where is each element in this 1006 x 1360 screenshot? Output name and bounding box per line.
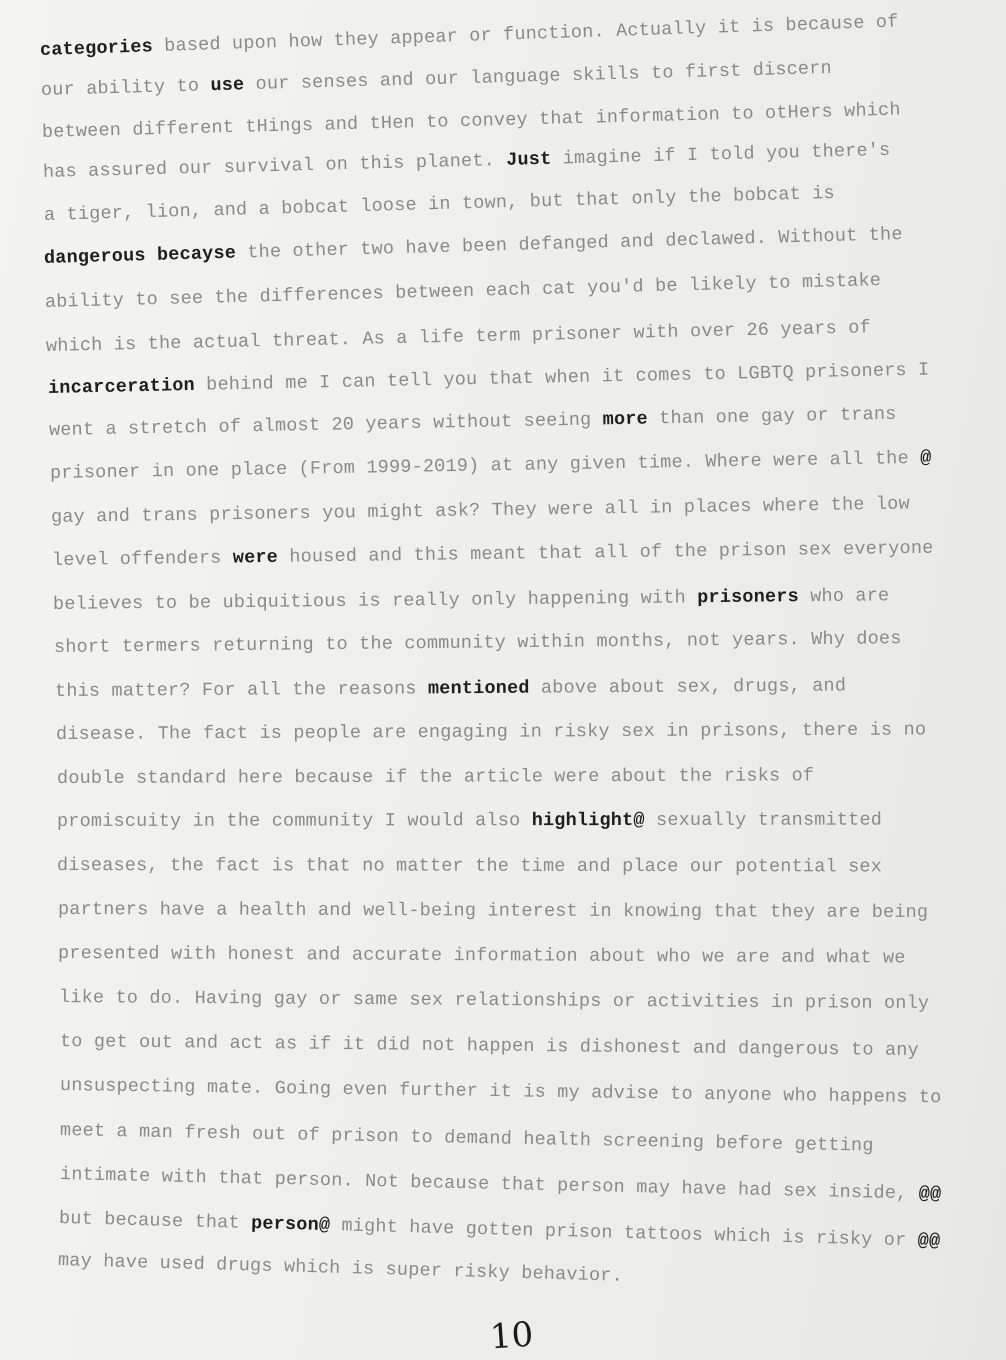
text-segment: disease. The fact is people are engaging… xyxy=(56,719,926,745)
dark-struck-text: more xyxy=(602,409,648,431)
text-line: gay and trans prisoners you might ask? T… xyxy=(51,494,910,528)
text-line: may have used drugs which is super risky… xyxy=(58,1250,623,1287)
text-line: disease. The fact is people are engaging… xyxy=(56,719,926,745)
text-segment: meet a man fresh out of prison to demand… xyxy=(60,1120,874,1157)
text-segment: the other two have been defanged and dec… xyxy=(236,224,903,264)
text-segment: our senses and our language skills to fi… xyxy=(244,58,832,95)
text-segment: prisoner in one place (From 1999-2019) a… xyxy=(50,448,920,484)
text-line: meet a man fresh out of prison to demand… xyxy=(60,1120,874,1157)
text-line: short termers returning to the community… xyxy=(54,628,902,658)
text-line: this matter? For all the reasons mention… xyxy=(55,675,846,702)
dark-struck-text: prisoners xyxy=(697,586,799,608)
text-segment: unsuspecting mate. Going even further it… xyxy=(60,1075,942,1108)
text-segment: housed and this meant that all of the pr… xyxy=(278,538,934,568)
dark-struck-text: highlight@ xyxy=(532,810,645,831)
text-line: intimate with that person. Not because t… xyxy=(60,1164,942,1205)
text-segment: who are xyxy=(799,585,890,607)
text-line: like to do. Having gay or same sex relat… xyxy=(59,987,929,1014)
text-segment: gay and trans prisoners you might ask? T… xyxy=(51,494,910,528)
text-line: to get out and act as if it did not happ… xyxy=(60,1031,919,1061)
text-line: promiscuity in the community I would als… xyxy=(57,810,882,832)
text-line: went a stretch of almost 20 years withou… xyxy=(49,404,897,441)
text-segment: intimate with that person. Not because t… xyxy=(60,1164,919,1204)
text-line: level offenders were housed and this mea… xyxy=(52,538,934,571)
text-segment: short termers returning to the community… xyxy=(54,628,902,658)
dark-struck-text: person@ xyxy=(251,1213,331,1236)
dark-struck-text: categories xyxy=(40,36,154,61)
text-segment: may have used drugs which is super risky… xyxy=(58,1250,623,1287)
text-segment: might have gotten prison tattoos which i… xyxy=(330,1215,918,1251)
text-segment: went a stretch of almost 20 years withou… xyxy=(49,409,603,441)
text-segment: behind me I can tell you that when it co… xyxy=(195,360,930,396)
text-line: which is the actual threat. As a life te… xyxy=(46,317,871,357)
text-line: ability to see the differences between e… xyxy=(45,270,882,313)
text-segment: like to do. Having gay or same sex relat… xyxy=(59,987,929,1014)
text-segment: sexually transmitted xyxy=(645,810,882,831)
text-segment: ability to see the differences between e… xyxy=(45,270,882,313)
dark-struck-text: @ xyxy=(920,448,932,469)
text-line: categories based upon how they appear or… xyxy=(40,12,899,61)
text-line: dangerous becayse the other two have bee… xyxy=(44,224,903,269)
text-segment: promiscuity in the community I would als… xyxy=(57,810,532,832)
dark-struck-text: mentioned xyxy=(428,678,530,700)
handwritten-page-number: 10 xyxy=(489,1315,535,1358)
text-segment: but because that xyxy=(59,1208,252,1234)
text-segment: than one gay or trans xyxy=(648,404,897,430)
text-line: prisoner in one place (From 1999-2019) a… xyxy=(50,448,932,484)
scanned-document-page: categories based upon how they appear or… xyxy=(0,0,1006,1360)
text-segment: partners have a health and well-being in… xyxy=(58,899,928,923)
dark-struck-text: use xyxy=(210,74,244,96)
text-segment: presented with honest and accurate infor… xyxy=(58,943,906,968)
dark-struck-text: dangerous becayse xyxy=(44,243,237,269)
dark-struck-text: were xyxy=(233,547,279,569)
text-line: between different tHings and tHen to con… xyxy=(42,100,901,143)
dark-struck-text: Just xyxy=(506,149,552,171)
text-segment: double standard here because if the arti… xyxy=(57,765,814,789)
text-segment: based upon how they appear or function. … xyxy=(153,12,899,58)
text-line: our ability to use our senses and our la… xyxy=(41,58,832,101)
text-line: has assured our survival on this planet.… xyxy=(43,140,891,183)
text-line: diseases, the fact is that no matter the… xyxy=(57,855,882,877)
text-line: presented with honest and accurate infor… xyxy=(58,943,906,968)
text-segment: imagine if I told you there's xyxy=(551,140,890,170)
text-segment: diseases, the fact is that no matter the… xyxy=(57,855,882,877)
text-segment: to get out and act as if it did not happ… xyxy=(60,1031,919,1061)
dark-struck-text: @@ xyxy=(917,1230,940,1252)
text-line: double standard here because if the arti… xyxy=(57,765,814,789)
text-segment: a tiger, lion, and a bobcat loose in tow… xyxy=(44,183,835,226)
text-line: incarceration behind me I can tell you t… xyxy=(48,360,930,399)
text-segment: between different tHings and tHen to con… xyxy=(42,100,901,143)
text-segment: level offenders xyxy=(52,547,233,571)
text-line: but because that person@ might have gott… xyxy=(59,1208,941,1252)
text-segment: our ability to xyxy=(41,75,211,101)
text-line: partners have a health and well-being in… xyxy=(58,899,928,923)
text-segment: has assured our survival on this planet. xyxy=(43,150,507,183)
text-segment: this matter? For all the reasons xyxy=(55,678,428,702)
text-line: a tiger, lion, and a bobcat loose in tow… xyxy=(44,183,835,226)
text-segment: which is the actual threat. As a life te… xyxy=(46,317,871,357)
text-line: believes to be ubiquitious is really onl… xyxy=(53,585,890,615)
dark-struck-text: incarceration xyxy=(48,375,195,399)
text-segment: believes to be ubiquitious is really onl… xyxy=(53,587,697,615)
dark-struck-text: @@ xyxy=(918,1183,941,1205)
text-line: unsuspecting mate. Going even further it… xyxy=(60,1075,942,1108)
text-segment: above about sex, drugs, and xyxy=(530,675,847,698)
